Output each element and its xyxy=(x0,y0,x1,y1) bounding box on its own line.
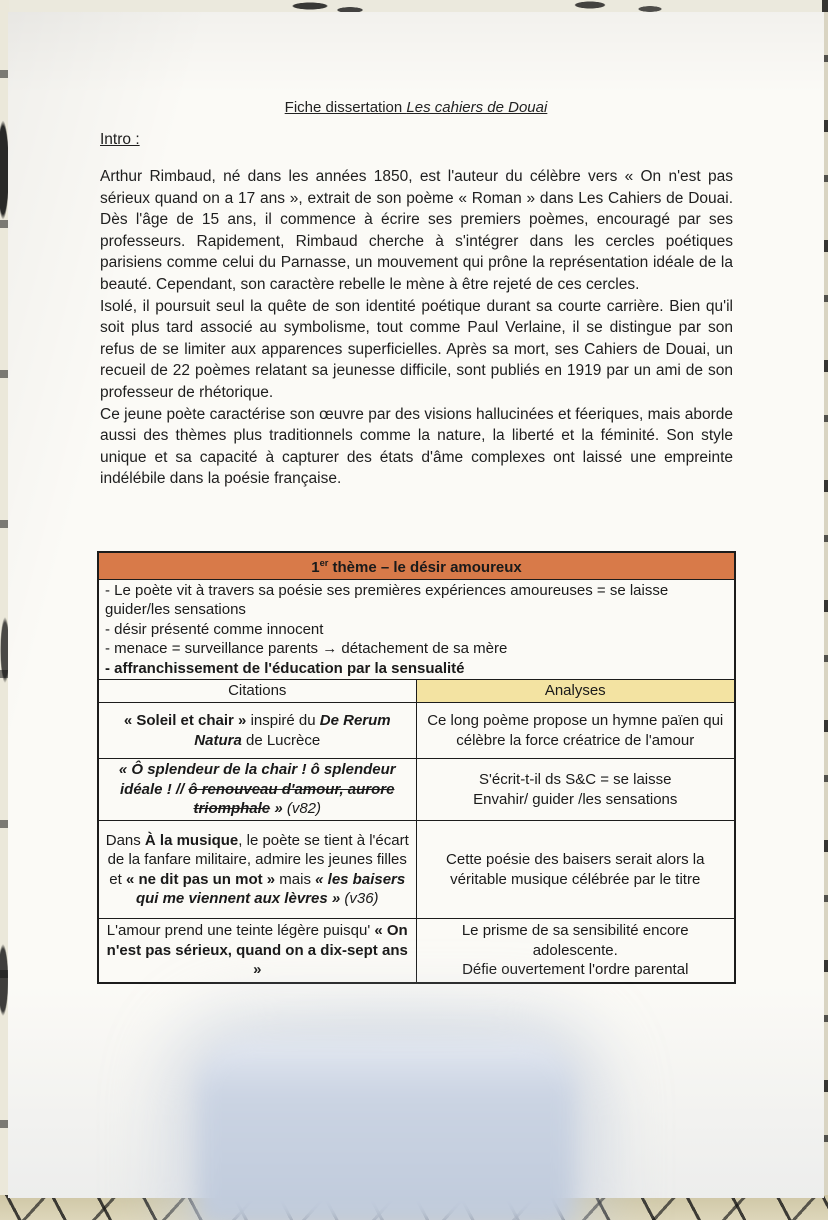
intro-paragraph-2: Isolé, il poursuit seul la quête de son … xyxy=(100,296,733,404)
citations-column-header: Citations xyxy=(98,680,416,703)
theme-table: 1er thème – le désir amoureux - Le poète… xyxy=(97,551,736,984)
analyses-column-header: Analyses xyxy=(416,680,735,703)
analysis-cell: S'écrit-t-il ds S&C = se laisse Envahir/… xyxy=(416,759,735,821)
table-row: « Soleil et chair » inspiré du De Rerum … xyxy=(98,703,735,759)
table-row: « Ô splendeur de la chair ! ô splendeur … xyxy=(98,759,735,821)
document-title: Fiche dissertation Les cahiers de Douai xyxy=(8,99,824,116)
bullet-item-3: - menace = surveillance parents → détach… xyxy=(105,639,728,659)
bullet-item-2: - désir présenté comme innocent xyxy=(105,620,728,640)
citation-cell: Dans À la musique, le poète se tient à l… xyxy=(98,821,416,919)
intro-paragraph-3: Ce jeune poète caractérise son œuvre par… xyxy=(100,404,733,490)
column-header-row: Citations Analyses xyxy=(98,680,735,703)
analysis-cell: Le prisme de sa sensibilité encore adole… xyxy=(416,919,735,984)
analysis-cell: Cette poésie des baisers serait alors la… xyxy=(416,821,735,919)
intro-text: Arthur Rimbaud, né dans les années 1850,… xyxy=(100,166,733,490)
photo-background: Fiche dissertation Les cahiers de Douai … xyxy=(0,0,828,1220)
table-row: L'amour prend une teinte légère puisqu' … xyxy=(98,919,735,984)
table-row: Dans À la musique, le poète se tient à l… xyxy=(98,821,735,919)
paper-sheet: Fiche dissertation Les cahiers de Douai … xyxy=(8,12,824,1198)
citation-cell: L'amour prend une teinte légère puisqu' … xyxy=(98,919,416,984)
intro-heading: Intro : xyxy=(100,131,140,149)
citation-cell: « Ô splendeur de la chair ! ô splendeur … xyxy=(98,759,416,821)
blurred-foreground-object xyxy=(198,1040,574,1220)
bullet-item-1: - Le poète vit à travers sa poésie ses p… xyxy=(105,581,728,620)
bullet-item-4: - affranchissement de l'éducation par la… xyxy=(105,659,728,679)
intro-paragraph-1: Arthur Rimbaud, né dans les années 1850,… xyxy=(100,166,733,296)
theme-header-row: 1er thème – le désir amoureux xyxy=(98,552,735,579)
theme-bullets-row: - Le poète vit à travers sa poésie ses p… xyxy=(98,579,735,680)
citation-cell: « Soleil et chair » inspiré du De Rerum … xyxy=(98,703,416,759)
theme-header-cell: 1er thème – le désir amoureux xyxy=(98,552,735,579)
analysis-cell: Ce long poème propose un hymne païen qui… xyxy=(416,703,735,759)
theme-bullets-cell: - Le poète vit à travers sa poésie ses p… xyxy=(98,579,735,680)
